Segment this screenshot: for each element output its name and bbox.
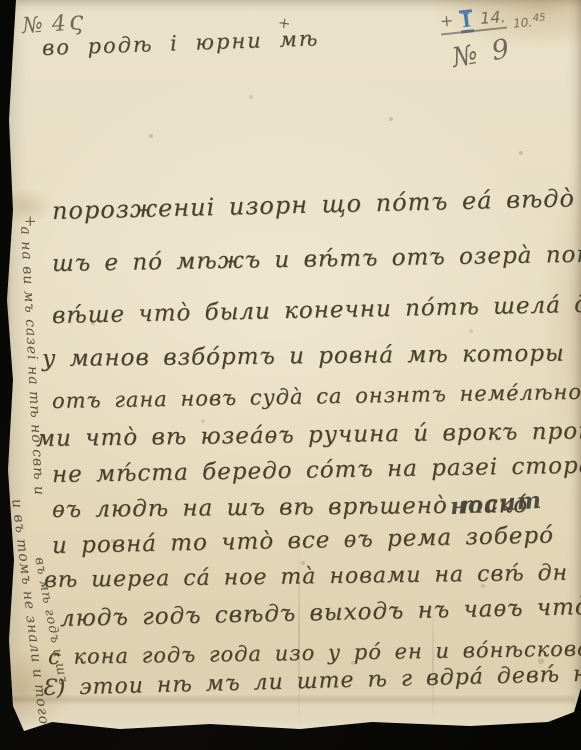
manuscript-line: вѣ́ше что̀ были конечни по́тѣ шела́ дъ (52, 293, 552, 329)
cross-mark: + (277, 13, 292, 33)
foxing-spots (0, 0, 2, 2)
manuscript-line: не мѣ́ста бередо со́тъ на разеі стора̀ н… (52, 453, 552, 488)
manuscript-line: ми что̀ вѣ юзеа́ѳъ ручина и́ врокъ прокъ (36, 419, 536, 452)
pencil-folio-number: № 9 (450, 33, 515, 74)
manuscript-line: отъ гана новъ суда̀ са онзнтъ неме́лѣно … (52, 380, 552, 413)
manuscript-line: у манов взбо́ртъ и ровна́ мѣ которы (42, 341, 542, 372)
manuscript-line: людъ годъ свѣдъ выходъ нъ чаѳъ что̀ (60, 595, 560, 632)
manuscript-line: и ровна́ то что̀ все ѳъ рема зоберо́ (52, 523, 552, 559)
archival-superscript: 45 (532, 12, 545, 24)
manuscript-page: № 4ς + I 14. 10.45 № 9 во родѣ і юрни мѣ… (0, 0, 581, 750)
manuscript-line: вѣ шереа са́ ное та̀ новами на свѣ́ дн (44, 561, 544, 593)
ink-flourish: ς (68, 6, 86, 37)
archival-number-10-text: 10. (513, 15, 533, 30)
archival-number-14: 14. (479, 7, 506, 28)
manuscript-line: шъ е по́ мѣжъ и вѣ́тъ отъ озера̀ поторы (52, 242, 552, 277)
manuscript-line: порозжениі изорн що по́тъ еа́ вѣдо̀ (52, 185, 553, 225)
plus-mark: + (439, 11, 454, 31)
photo-backdrop: № 4ς + I 14. 10.45 № 9 во родѣ і юрни мѣ… (0, 0, 581, 750)
archival-number-10: 10.45 (512, 12, 546, 30)
